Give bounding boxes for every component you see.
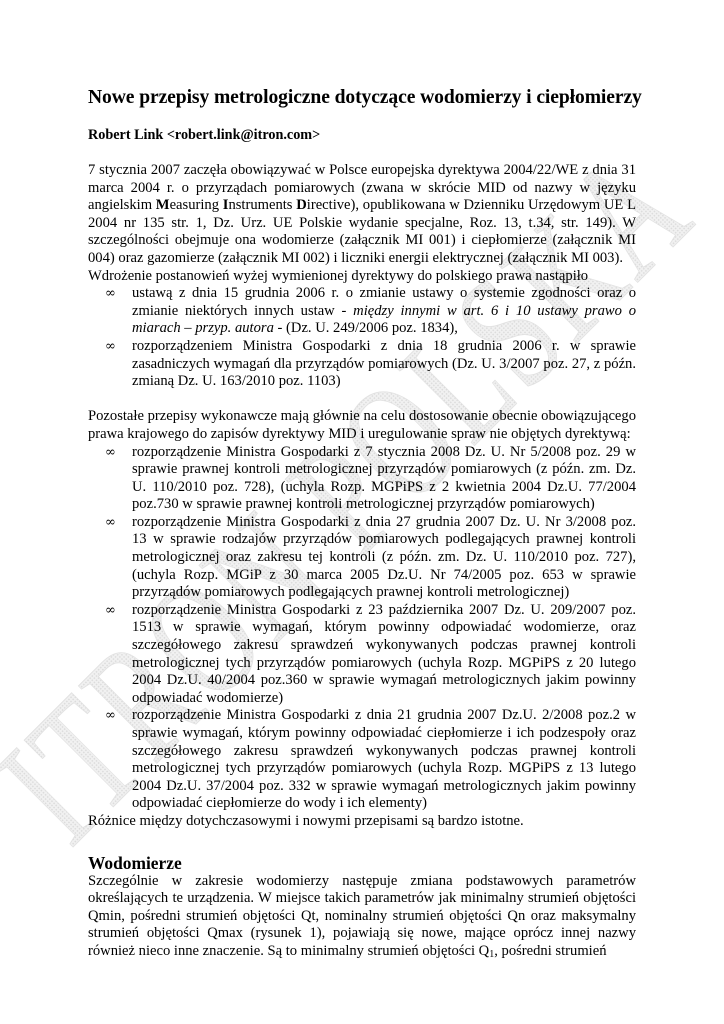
document-body: Nowe przepisy metrologiczne dotyczące wo… <box>88 86 636 961</box>
infinity-bullet-icon: ∞ <box>105 602 116 620</box>
infinity-bullet-icon: ∞ <box>105 285 116 303</box>
infinity-bullet-icon: ∞ <box>105 444 116 462</box>
differences-note: Różnice między dotychczasowymi i nowymi … <box>88 813 636 831</box>
intro-paragraph: 7 stycznia 2007 zaczęła obowiązywać w Po… <box>88 162 636 268</box>
list-item: ∞rozporządzenie Ministra Gospodarki z 7 … <box>132 444 636 514</box>
list-item: ∞rozporządzenie Ministra Gospodarki z dn… <box>132 514 636 602</box>
list-item: ∞rozporządzeniem Ministra Gospodarki z d… <box>132 338 636 391</box>
section-heading-wodomierze: Wodomierze <box>88 853 636 873</box>
other-regulations-lead: Pozostałe przepisy wykonawcze mają główn… <box>88 408 636 443</box>
author-line: Robert Link <robert.link@itron.com> <box>88 126 636 144</box>
implementation-list: ∞ustawą z dnia 15 grudnia 2006 r. o zmia… <box>88 285 636 391</box>
infinity-bullet-icon: ∞ <box>105 707 116 725</box>
water-meters-paragraph: Szczególnie w zakresie wodomierzy następ… <box>88 873 636 961</box>
infinity-bullet-icon: ∞ <box>105 338 116 356</box>
other-regulations-list: ∞rozporządzenie Ministra Gospodarki z 7 … <box>88 444 636 813</box>
infinity-bullet-icon: ∞ <box>105 514 116 532</box>
list-item: ∞ustawą z dnia 15 grudnia 2006 r. o zmia… <box>132 285 636 338</box>
list-item: ∞rozporządzenie Ministra Gospodarki z 23… <box>132 602 636 708</box>
document-page: ITRON POLSKA Nowe przepisy metrologiczne… <box>0 0 724 1024</box>
list-item: ∞rozporządzenie Ministra Gospodarki z dn… <box>132 707 636 813</box>
document-title: Nowe przepisy metrologiczne dotyczące wo… <box>88 86 636 110</box>
implementation-lead: Wdrożenie postanowień wyżej wymienionej … <box>88 268 636 286</box>
